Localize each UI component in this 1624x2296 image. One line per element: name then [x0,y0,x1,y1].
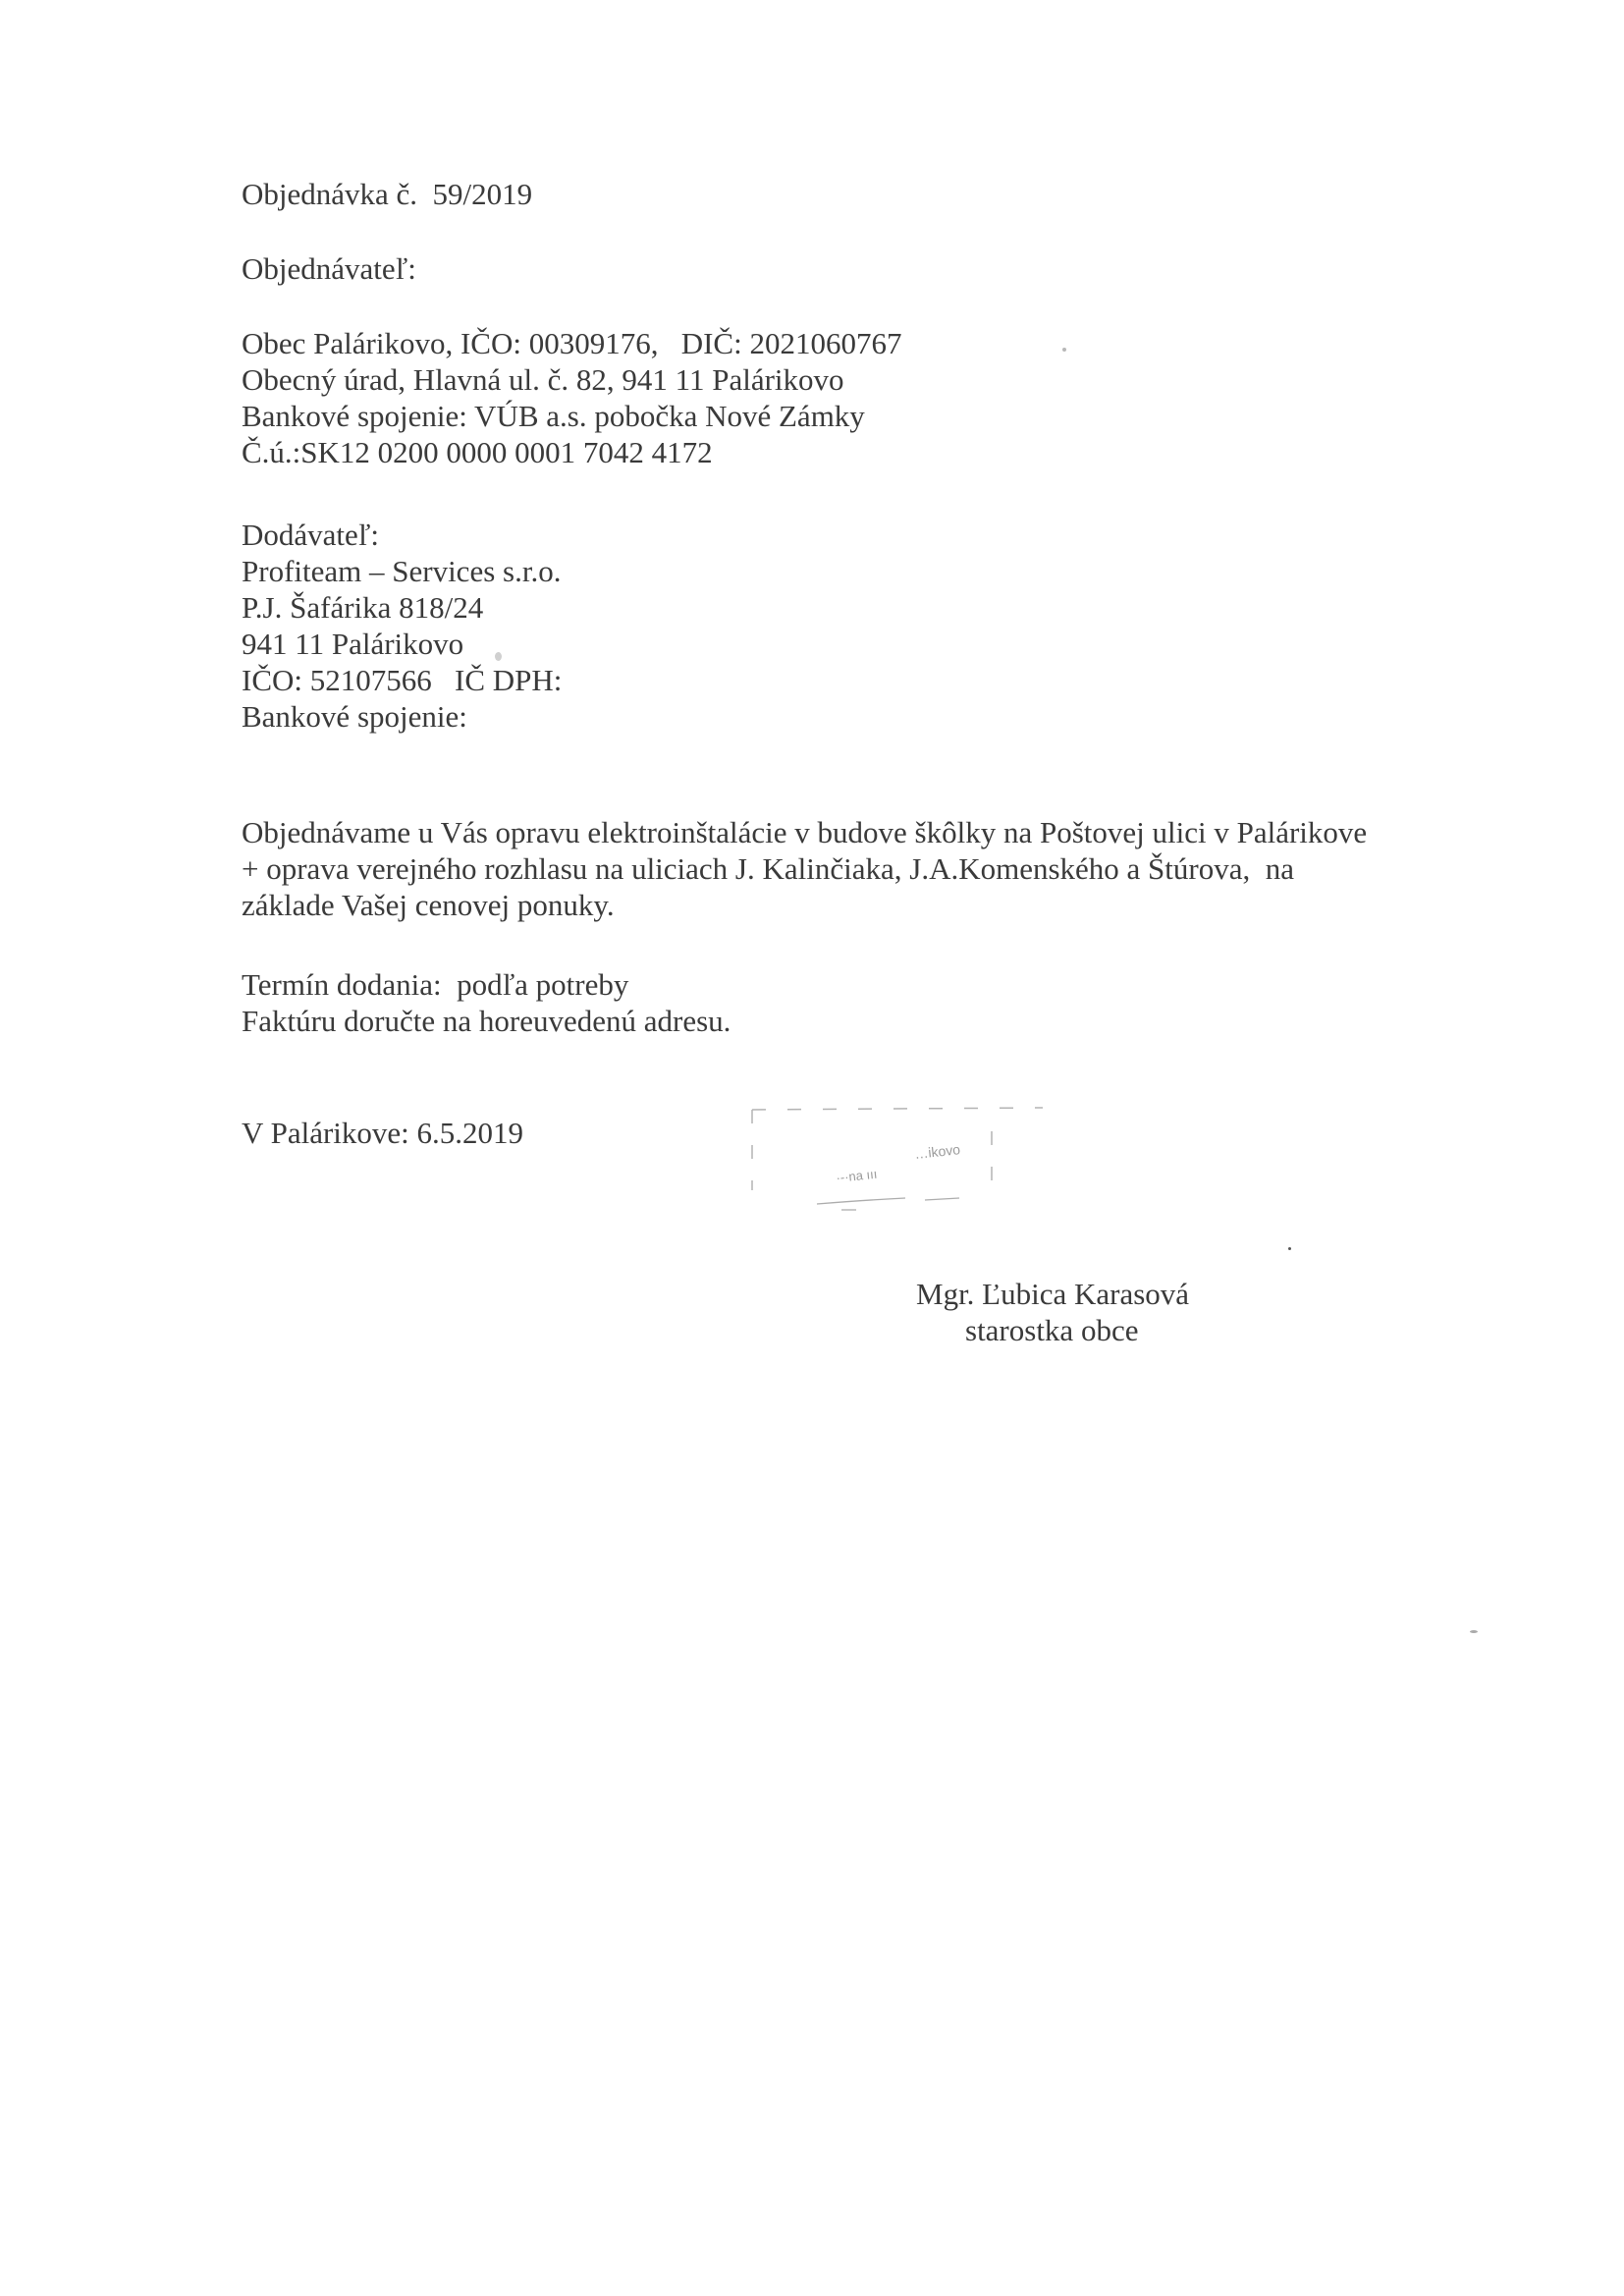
supplier-ic-dph: IČ DPH: [455,663,562,698]
order-number: Objednávka č. 59/2019 [242,177,532,212]
signatory-title: starostka obce [965,1313,1138,1348]
scan-speck [1470,1630,1478,1633]
body-line-2: + oprava verejného rozhlasu na uliciach … [242,851,1294,887]
supplier-city: 941 11 Palárikovo [242,627,463,662]
orderer-line-2: Obecný úrad, Hlavná ul. č. 82, 941 11 Pa… [242,362,844,398]
place-date: V Palárikove: 6.5.2019 [242,1116,523,1151]
scan-speck [1288,1247,1291,1250]
orderer-label: Objednávateľ: [242,251,416,287]
body-line-3: základe Vašej cenovej ponuky. [242,888,615,923]
supplier-ico: IČO: 52107566 [242,663,432,698]
body-line-1: Objednávame u Vás opravu elektroinštalác… [242,815,1367,850]
supplier-label: Dodávateľ: [242,518,379,553]
supplier-street: P.J. Šafárika 818/24 [242,590,483,626]
svg-text:…ikovo: …ikovo [914,1141,961,1162]
scan-speck [1062,348,1066,352]
scan-speck [495,652,502,661]
supplier-bank: Bankové spojenie: [242,699,467,735]
delivery-term: Termín dodania: podľa potreby [242,967,628,1003]
orderer-line-4: Č.ú.:SK12 0200 0000 0001 7042 4172 [242,435,713,470]
svg-text:·-·na ııı: ·-·na ııı [836,1167,878,1185]
orderer-line-1: Obec Palárikovo, IČO: 00309176, DIČ: 202… [242,326,901,361]
supplier-name: Profiteam – Services s.r.o. [242,554,561,589]
invoice-note: Faktúru doručte na horeuvedenú adresu. [242,1004,731,1039]
signatory-name: Mgr. Ľubica Karasová [916,1277,1189,1312]
faded-stamp-icon: …ikovo ·-·na ııı [748,1102,1062,1239]
orderer-line-3: Bankové spojenie: VÚB a.s. pobočka Nové … [242,399,865,434]
